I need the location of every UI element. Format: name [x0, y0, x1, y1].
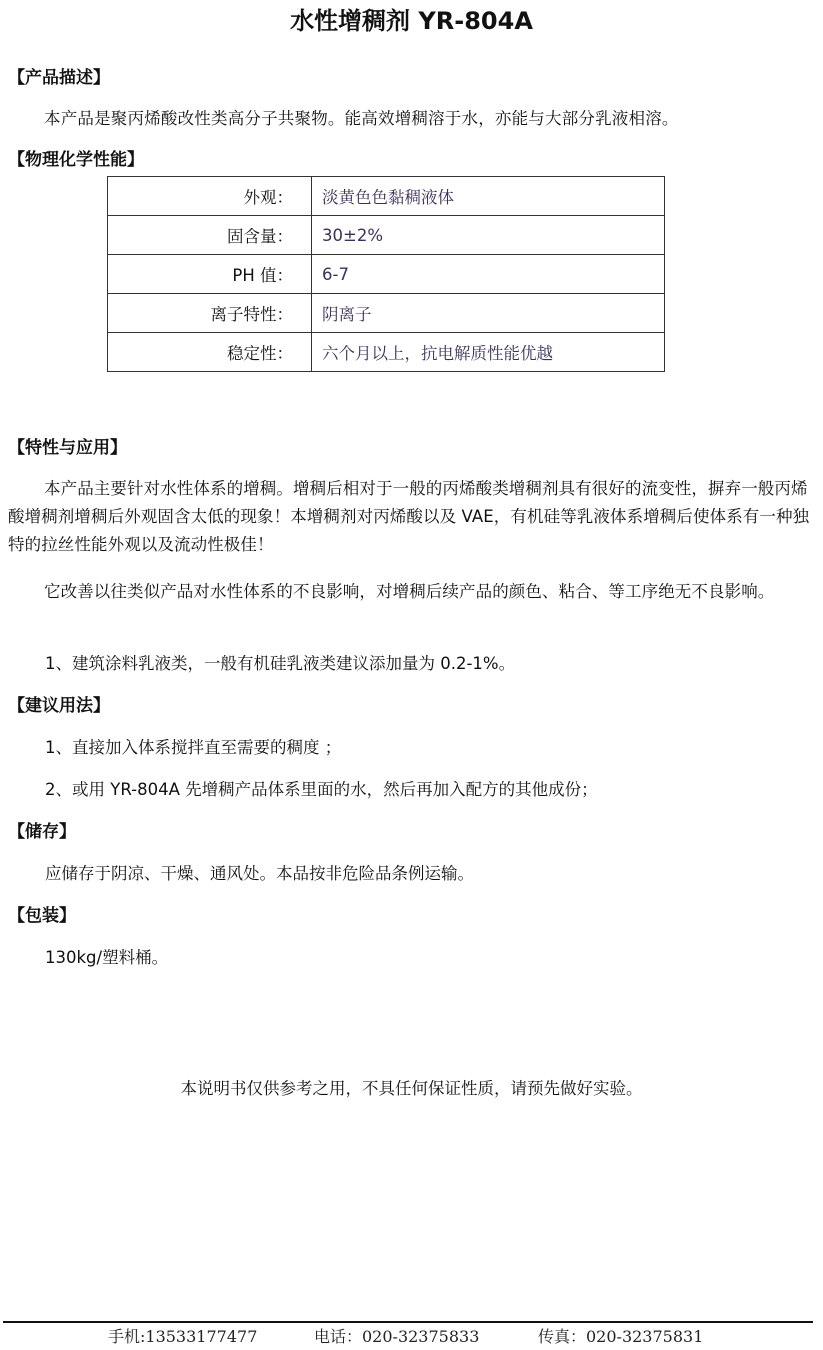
section-heading-packaging: 【包装】: [8, 904, 76, 928]
table-row: 外观： 淡黄色色黏稠液体: [108, 177, 665, 216]
features-paragraph-2: 它改善以往类似产品对水性体系的不良影响，对增稠后续产品的颜色、粘合、等工序绝无不…: [8, 578, 814, 606]
table-row: 稳定性： 六个月以上，抗电解质性能优越: [108, 333, 665, 372]
footer-fax: 传真：020-32375831: [538, 1325, 703, 1349]
section-heading-usage: 【建议用法】: [8, 694, 110, 718]
table-row: PH 值： 6-7: [108, 255, 665, 294]
disclaimer: 本说明书仅供参考之用，不具任何保证性质，请预先做好实验。: [0, 1076, 823, 1102]
usage-item-1: 1、直接加入体系搅拌直至需要的稠度 ；: [45, 736, 341, 760]
features-item-1: 1、建筑涂料乳液类，一般有机硅乳液类建议添加量为 0.2-1%。: [45, 652, 515, 676]
packaging-text: 130kg/塑料桶。: [45, 946, 168, 970]
property-label: PH 值：: [108, 255, 312, 294]
properties-table: 外观： 淡黄色色黏稠液体 固含量： 30±2% PH 值： 6-7 离子特性： …: [107, 176, 665, 372]
table-row: 固含量： 30±2%: [108, 216, 665, 255]
property-value: 淡黄色色黏稠液体: [312, 177, 665, 216]
property-label: 外观：: [108, 177, 312, 216]
property-value: 阴离子: [312, 294, 665, 333]
description-text: 本产品是聚丙烯酸改性类高分子共聚物。能高效增稠溶于水，亦能与大部分乳液相溶。: [8, 105, 823, 133]
usage-item-2: 2、或用 YR-804A 先增稠产品体系里面的水，然后再加入配方的其他成份；: [45, 778, 598, 802]
property-value: 6-7: [312, 255, 665, 294]
section-heading-properties: 【物理化学性能】: [8, 148, 144, 172]
footer-phone: 电话：020-32375833: [314, 1325, 479, 1349]
property-value: 30±2%: [312, 216, 665, 255]
section-heading-description: 【产品描述】: [8, 66, 110, 90]
table-row: 离子特性： 阴离子: [108, 294, 665, 333]
footer-mobile: 手机:13533177477: [108, 1325, 257, 1349]
document-title: 水性增稠剂 YR-804A: [0, 4, 823, 38]
property-label: 离子特性：: [108, 294, 312, 333]
section-heading-features: 【特性与应用】: [8, 436, 127, 460]
property-label: 稳定性：: [108, 333, 312, 372]
features-paragraph-1: 本产品主要针对水性体系的增稠。增稠后相对于一般的丙烯酸类增稠剂具有很好的流变性，…: [8, 475, 814, 559]
property-label: 固含量：: [108, 216, 312, 255]
section-heading-storage: 【储存】: [8, 820, 76, 844]
property-value: 六个月以上，抗电解质性能优越: [312, 333, 665, 372]
storage-text: 应储存于阴凉、干燥、通风处。本品按非危险品条例运输。: [45, 862, 474, 886]
footer-divider: [3, 1321, 813, 1323]
